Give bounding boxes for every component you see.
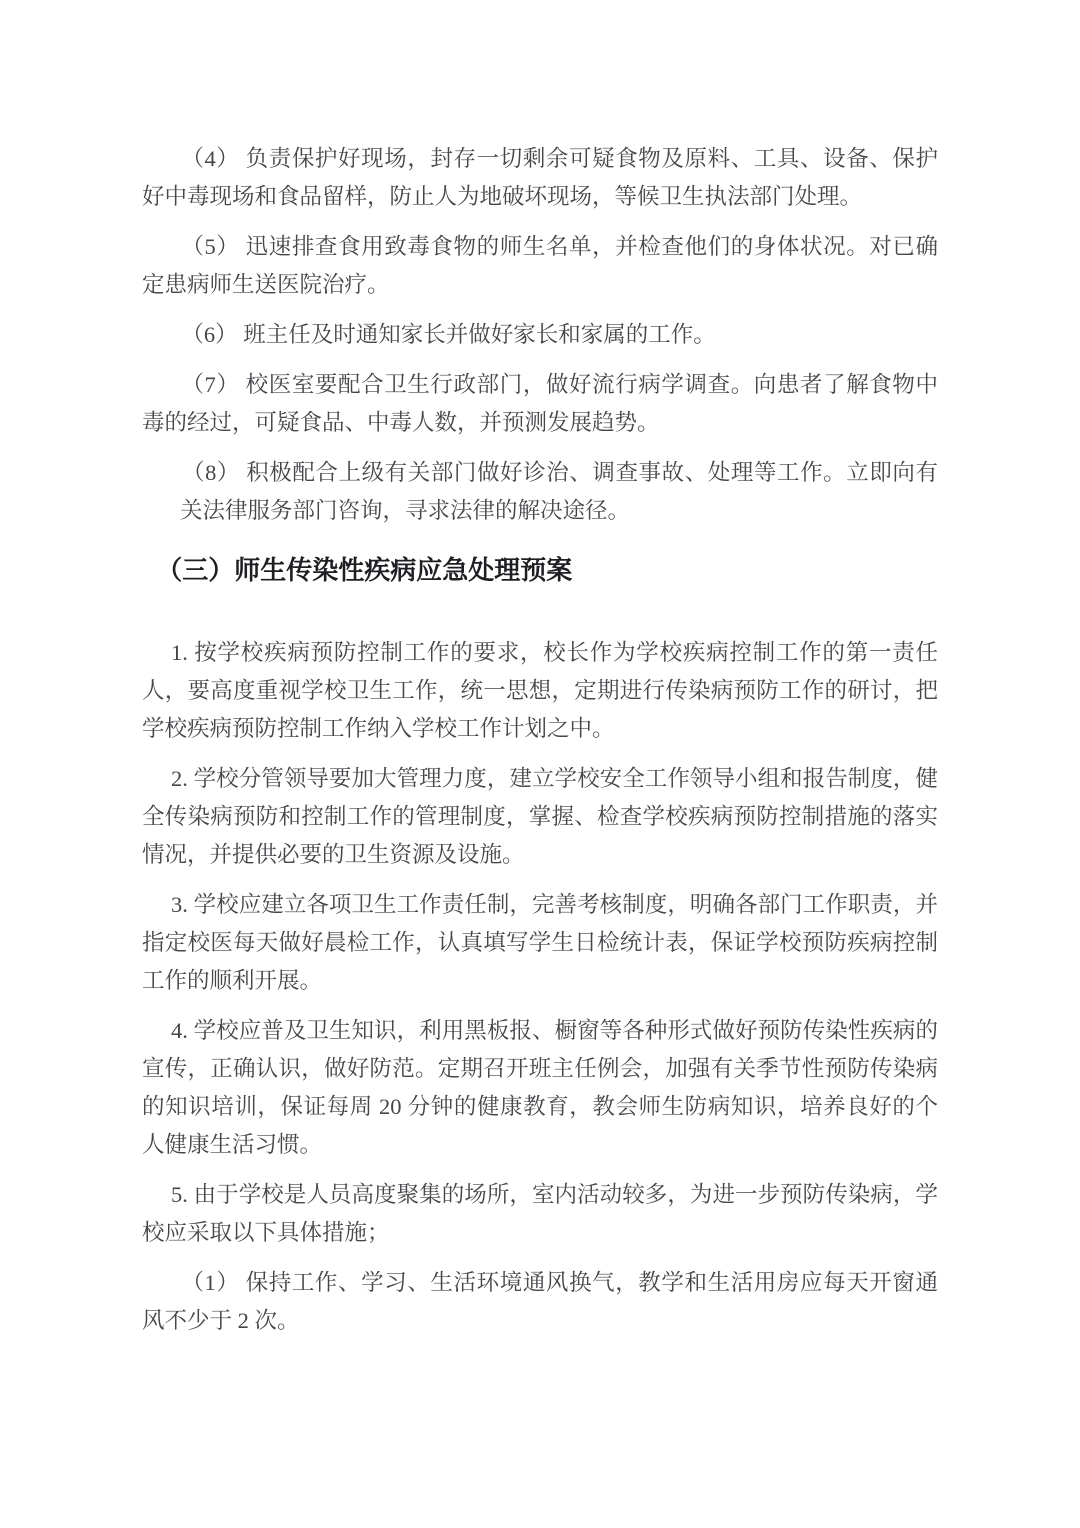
infectious-disease-item-3: 3. 学校应建立各项卫生工作责任制，完善考核制度，明确各部门工作职责，并指定校医… bbox=[142, 886, 938, 1000]
food-poisoning-step-5: （5） 迅速排查食用致毒食物的师生名单，并检查他们的身体状况。对已确定患病师生送… bbox=[142, 228, 938, 304]
section-heading-infectious-disease-plan: （三）师生传染性疾病应急处理预案 bbox=[142, 550, 938, 592]
specific-measure-1: （1） 保持工作、学习、生活环境通风换气，教学和生活用房应每天开窗通风不少于 2… bbox=[142, 1264, 938, 1340]
infectious-disease-item-4: 4. 学校应普及卫生知识，利用黑板报、橱窗等各种形式做好预防传染性疾病的宣传，正… bbox=[142, 1012, 938, 1164]
infectious-disease-item-5: 5. 由于学校是人员高度聚集的场所，室内活动较多，为进一步预防传染病，学校应采取… bbox=[142, 1176, 938, 1252]
food-poisoning-step-4: （4） 负责保护好现场，封存一切剩余可疑食物及原料、工具、设备、保护好中毒现场和… bbox=[142, 140, 938, 216]
food-poisoning-step-6: （6） 班主任及时通知家长并做好家长和家属的工作。 bbox=[142, 316, 938, 354]
document-page: （4） 负责保护好现场，封存一切剩余可疑食物及原料、工具、设备、保护好中毒现场和… bbox=[0, 0, 1080, 1528]
infectious-disease-item-1: 1. 按学校疾病预防控制工作的要求，校长作为学校疾病控制工作的第一责任人，要高度… bbox=[142, 634, 938, 748]
food-poisoning-step-7: （7） 校医室要配合卫生行政部门，做好流行病学调查。向患者了解食物中毒的经过，可… bbox=[142, 366, 938, 442]
document-body: （4） 负责保护好现场，封存一切剩余可疑食物及原料、工具、设备、保护好中毒现场和… bbox=[142, 0, 938, 1340]
infectious-disease-item-2: 2. 学校分管领导要加大管理力度，建立学校安全工作领导小组和报告制度，健全传染病… bbox=[142, 760, 938, 874]
food-poisoning-step-8: （8） 积极配合上级有关部门做好诊治、调查事故、处理等工作。立即向有关法律服务部… bbox=[142, 454, 938, 530]
